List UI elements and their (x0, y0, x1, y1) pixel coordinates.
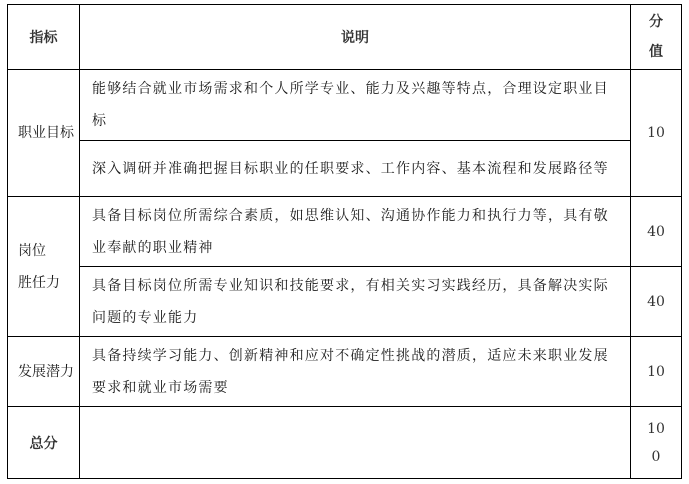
description-cell: 具备目标岗位所需综合素质，如思维认知、沟通协作能力和执行力等，具有敬业奉献的职业… (80, 197, 631, 267)
score-cell: 40 (631, 197, 682, 267)
table-row: 发展潜力 具备持续学习能力、创新精神和应对不确定性挑战的潜质，适应未来职业发展要… (8, 337, 682, 407)
total-description (80, 407, 631, 479)
header-score: 分 值 (631, 5, 682, 70)
description-cell: 能够结合就业市场需求和个人所学专业、能力及兴趣等特点，合理设定职业目标 (80, 70, 631, 141)
total-row: 总分 10 0 (8, 407, 682, 479)
indicator-development-potential: 发展潜力 (8, 337, 80, 407)
description-cell: 深入调研并准确把握目标职业的任职要求、工作内容、基本流程和发展路径等 (80, 141, 631, 197)
header-score-line2: 值 (631, 37, 681, 67)
score-cell: 10 (631, 337, 682, 407)
total-label: 总分 (8, 407, 80, 479)
table-row: 具备目标岗位所需专业知识和技能要求，有相关实习实践经历，具备解决实际问题的专业能… (8, 267, 682, 337)
header-score-line1: 分 (631, 7, 681, 37)
header-description: 说明 (80, 5, 631, 70)
total-score: 10 0 (631, 407, 682, 479)
header-indicator: 指标 (8, 5, 80, 70)
description-cell: 具备目标岗位所需专业知识和技能要求，有相关实习实践经历，具备解决实际问题的专业能… (80, 267, 631, 337)
indicator-line1: 岗位 (18, 235, 79, 267)
table-row: 深入调研并准确把握目标职业的任职要求、工作内容、基本流程和发展路径等 (8, 141, 682, 197)
score-cell: 40 (631, 267, 682, 337)
indicator-career-goal: 职业目标 (8, 70, 80, 197)
indicator-line2: 胜任力 (18, 267, 79, 299)
score-cell: 10 (631, 70, 682, 197)
table-row: 岗位 胜任力 具备目标岗位所需综合素质，如思维认知、沟通协作能力和执行力等，具有… (8, 197, 682, 267)
header-row: 指标 说明 分 值 (8, 5, 682, 70)
scoring-table: 指标 说明 分 值 职业目标 能够结合就业市场需求和个人所学专业、能力及兴趣等特… (7, 4, 682, 479)
indicator-job-competency: 岗位 胜任力 (8, 197, 80, 337)
total-score-line2: 0 (631, 443, 681, 471)
description-cell: 具备持续学习能力、创新精神和应对不确定性挑战的潜质，适应未来职业发展要求和就业市… (80, 337, 631, 407)
table-row: 职业目标 能够结合就业市场需求和个人所学专业、能力及兴趣等特点，合理设定职业目标… (8, 70, 682, 141)
total-score-line1: 10 (631, 415, 681, 443)
